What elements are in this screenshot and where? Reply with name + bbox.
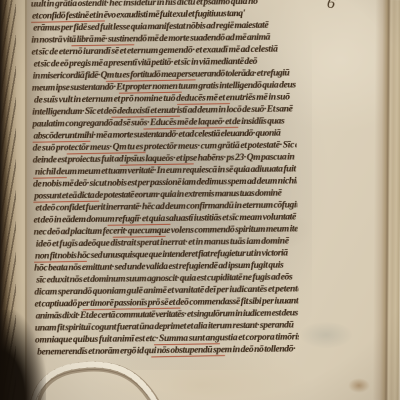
parchment-stain — [348, 378, 370, 393]
binding-shadow — [0, 310, 46, 400]
text-block: uult in grātia ostendit· hēc insidetur i… — [31, 0, 299, 365]
page-right-edge — [373, 0, 400, 400]
parchment-smudge — [300, 322, 352, 348]
manuscript-photo: 6 uult in grātia ostendit· hēc insidetur… — [0, 0, 400, 400]
